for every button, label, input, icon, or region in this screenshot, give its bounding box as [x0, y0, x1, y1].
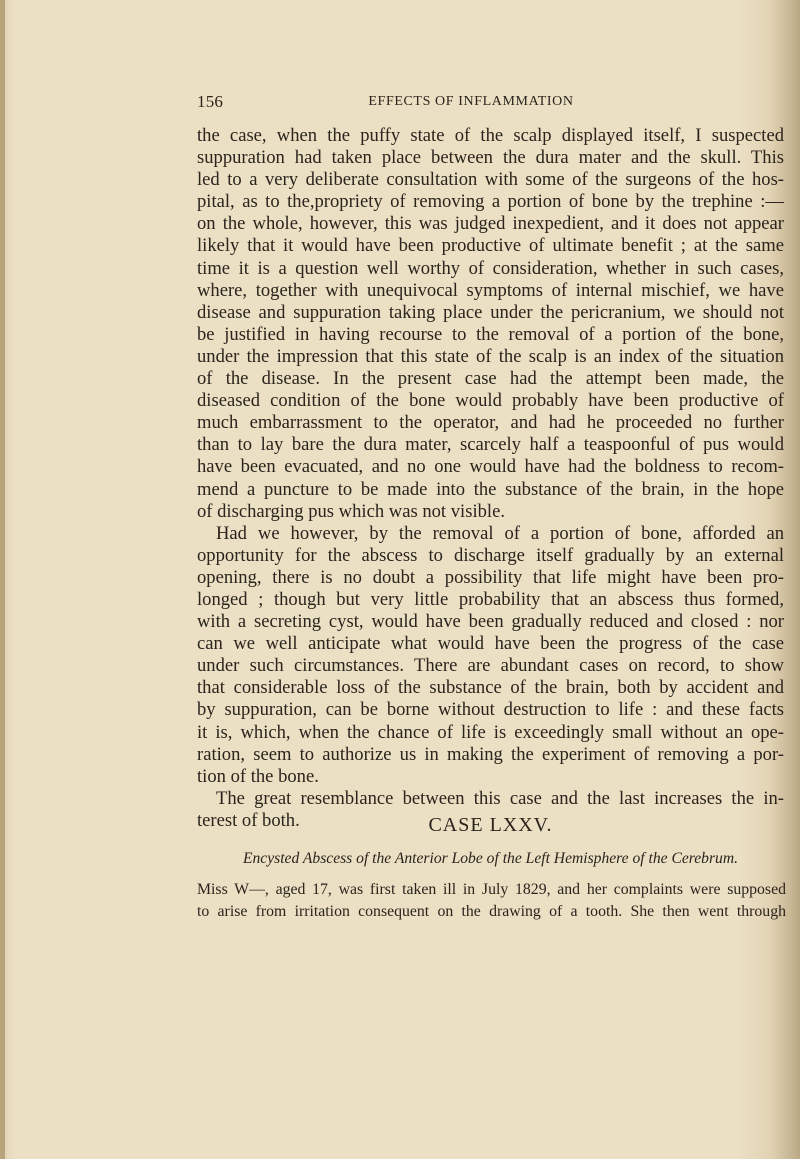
- paragraph: Had we however, by the removal of a port…: [197, 523, 784, 788]
- text-line: on the whole, however, this was judged i…: [197, 213, 784, 235]
- text-line: that considerable loss of the substance …: [197, 677, 784, 699]
- text-line: be justified in having recourse to the r…: [197, 324, 784, 346]
- text-line: disease and suppuration taking place und…: [197, 302, 784, 324]
- text-line: have been evacuated, and no one would ha…: [197, 456, 784, 478]
- text-line: than to lay bare the dura mater, scarcel…: [197, 434, 784, 456]
- text-line: by suppuration, can be borne without des…: [197, 699, 784, 721]
- case-subtitle: Encysted Abscess of the Anterior Lobe of…: [197, 850, 784, 868]
- text-line: tion of the bone.: [197, 766, 784, 788]
- page-header: 156 EFFECTS OF INFLAMMATION: [197, 92, 785, 114]
- text-line: of discharging pus which was not visible…: [197, 501, 784, 523]
- running-title: EFFECTS OF INFLAMMATION: [197, 94, 785, 110]
- text-line: can we well anticipate what would have b…: [197, 633, 784, 655]
- text-line: The great resemblance between this case …: [197, 788, 784, 810]
- text-line: under the impression that this state of …: [197, 346, 784, 368]
- text-line: with a secreting cyst, would have been g…: [197, 611, 784, 633]
- paragraph: the case, when the puffy state of the sc…: [197, 125, 784, 523]
- case-description: Miss W—, aged 17, was first taken ill in…: [197, 879, 786, 923]
- text-line: Had we however, by the removal of a port…: [197, 523, 784, 545]
- case-heading: CASE LXXV.: [197, 814, 784, 837]
- text-line: led to a very deliberate consultation wi…: [197, 169, 784, 191]
- text-line: it is, which, when the chance of life is…: [197, 722, 784, 744]
- body-text: the case, when the puffy state of the sc…: [197, 125, 784, 832]
- text-line: pital, as to the,propriety of removing a…: [197, 191, 784, 213]
- text-line: much embarrassment to the operator, and …: [197, 412, 784, 434]
- text-line: longed ; though but very little probabil…: [197, 589, 784, 611]
- text-line: opening, there is no doubt a possibility…: [197, 567, 784, 589]
- text-line: Miss W—, aged 17, was first taken ill in…: [197, 879, 786, 901]
- text-line: to arise from irritation consequent on t…: [197, 901, 786, 923]
- text-line: diseased condition of the bone would pro…: [197, 390, 784, 412]
- text-line: opportunity for the abscess to discharge…: [197, 545, 784, 567]
- text-line: under such circumstances. There are abun…: [197, 655, 784, 677]
- text-line: where, together with unequivocal symptom…: [197, 280, 784, 302]
- text-line: the case, when the puffy state of the sc…: [197, 125, 784, 147]
- text-line: of the disease. In the present case had …: [197, 368, 784, 390]
- text-line: mend a puncture to be made into the subs…: [197, 479, 784, 501]
- text-line: likely that it would have been productiv…: [197, 235, 784, 257]
- text-line: time it is a question well worthy of con…: [197, 258, 784, 280]
- book-spine-edge: [0, 0, 5, 1159]
- text-line: ration, seem to authorize us in making t…: [197, 744, 784, 766]
- text-line: suppuration had taken place between the …: [197, 147, 784, 169]
